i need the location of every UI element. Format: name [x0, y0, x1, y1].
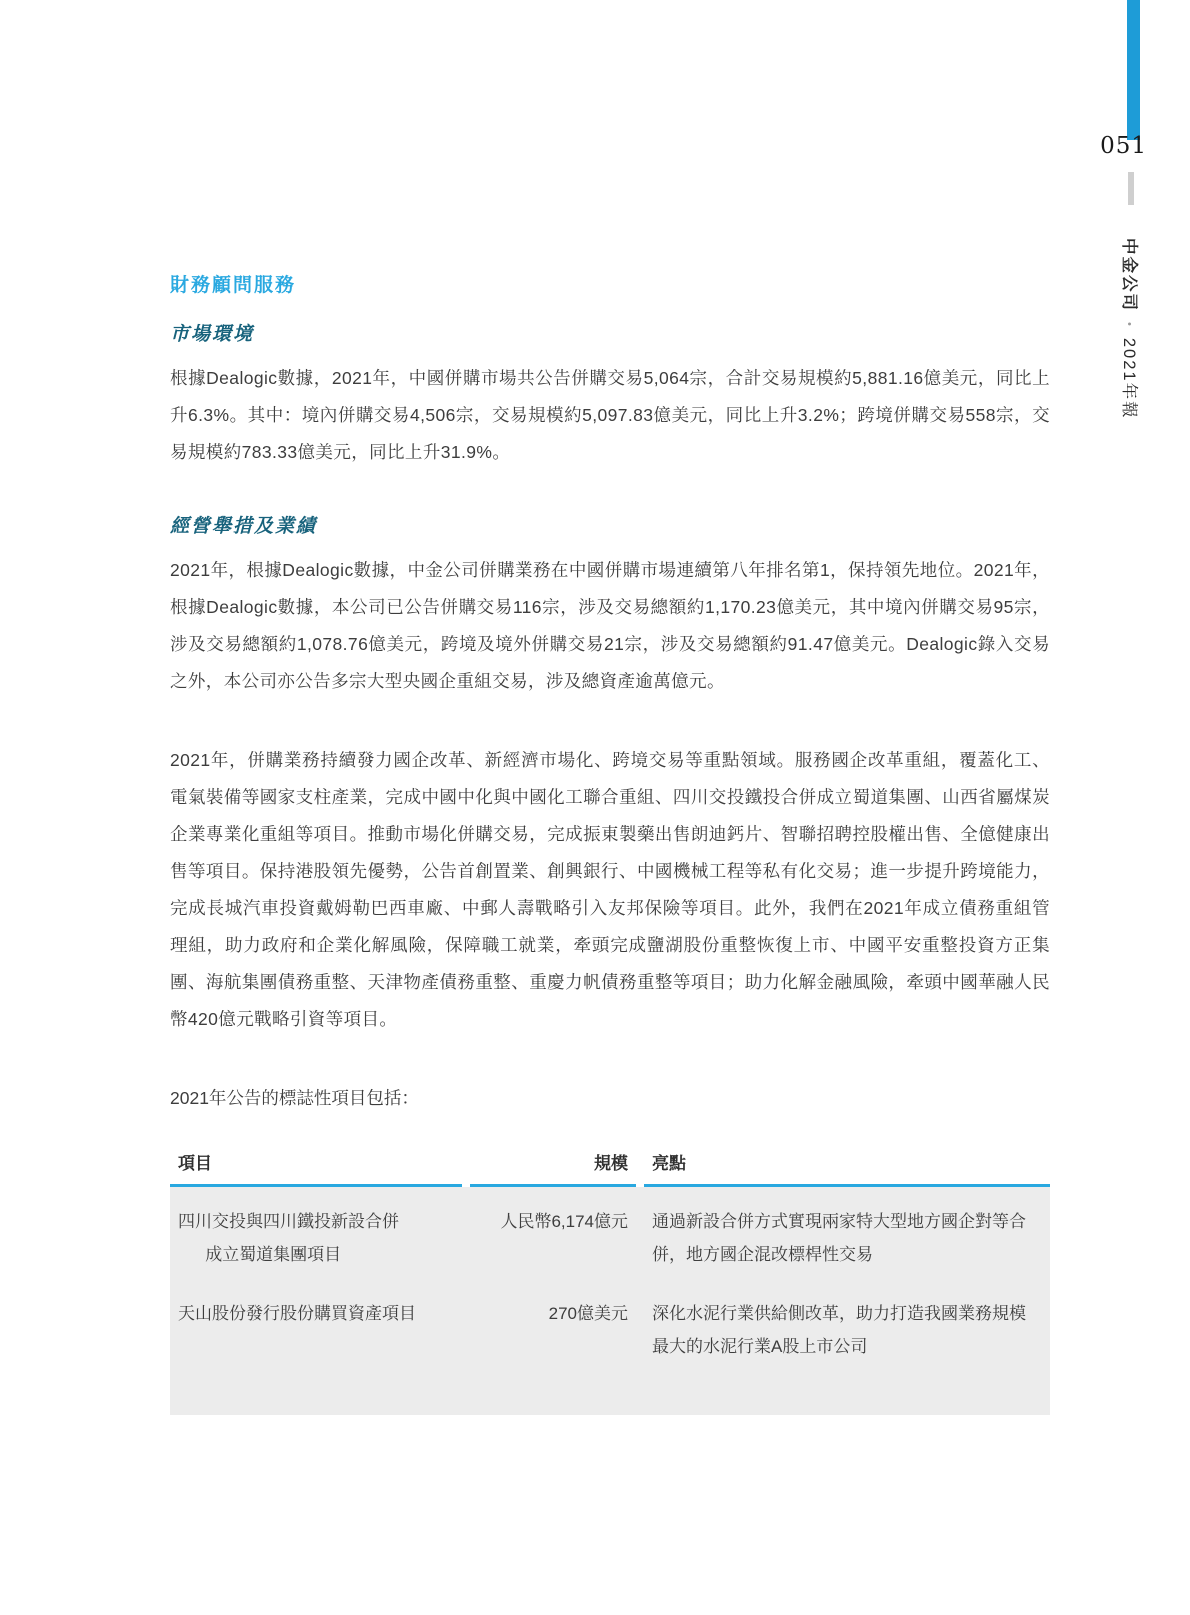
project-highlight-cell: 深化水泥行業供給側改革，助力打造我國業務規模最大的水泥行業A股上市公司 — [644, 1297, 1050, 1363]
project-name-cell: 四川交投與四川鐵投新設合併 成立蜀道集團項目 — [170, 1205, 462, 1271]
spine-bullet: • — [1123, 312, 1135, 338]
operations-paragraph-2: 2021年，併購業務持續發力國企改革、新經濟市場化、跨境交易等重點領域。服務國企… — [170, 742, 1050, 1038]
table-header-project: 項目 — [170, 1143, 462, 1187]
spine-text: 中金公司•2021年報 — [1119, 238, 1143, 420]
page-edge-accent-bar — [1127, 0, 1140, 140]
paragraph-spacer — [170, 728, 1050, 742]
main-content: 財務顧問服務 市場環境 根據Dealogic數據，2021年，中國併購市場共公告… — [170, 270, 1050, 1415]
table-row: 四川交投與四川鐵投新設合併 成立蜀道集團項目 人民幣6,174億元 通過新設合併… — [170, 1201, 1050, 1293]
project-scale-cell: 270億美元 — [470, 1297, 636, 1363]
project-scale-cell: 人民幣6,174億元 — [470, 1205, 636, 1271]
operations-paragraph-1: 2021年，根據Dealogic數據，中金公司併購業務在中國併購市場連續第八年排… — [170, 552, 1050, 700]
table-header-row: 項目 規模 亮點 — [170, 1143, 1050, 1187]
paragraph-spacer — [170, 1066, 1050, 1080]
project-name-line1: 天山股份發行股份購買資產項目 — [178, 1304, 416, 1323]
table-body: 四川交投與四川鐵投新設合併 成立蜀道集團項目 人民幣6,174億元 通過新設合併… — [170, 1187, 1050, 1415]
project-name-cell: 天山股份發行股份購買資產項目 — [170, 1297, 462, 1363]
subsection-title-operations: 經營舉措及業績 — [170, 511, 1050, 538]
project-name-line2: 成立蜀道集團項目 — [178, 1238, 454, 1271]
subsection-title-market: 市場環境 — [170, 319, 1050, 346]
section-title: 財務顧問服務 — [170, 270, 1050, 297]
spine-edition: 2021年報 — [1120, 338, 1138, 420]
table-header-highlight: 亮點 — [644, 1143, 1050, 1187]
spine-company-name: 中金公司 — [1120, 238, 1138, 312]
page-number-tick — [1128, 172, 1134, 205]
market-paragraph: 根據Dealogic數據，2021年，中國併購市場共公告併購交易5,064宗，合… — [170, 360, 1050, 471]
table-header-scale: 規模 — [470, 1143, 636, 1187]
table-row: 天山股份發行股份購買資產項目 270億美元 深化水泥行業供給側改革，助力打造我國… — [170, 1293, 1050, 1385]
project-highlight-cell: 通過新設合併方式實現兩家特大型地方國企對等合併，地方國企混改標桿性交易 — [644, 1205, 1050, 1271]
table-lead-in: 2021年公告的標誌性項目包括： — [170, 1080, 1050, 1117]
page-number: 051 — [1100, 133, 1147, 159]
landmark-projects-table: 項目 規模 亮點 四川交投與四川鐵投新設合併 成立蜀道集團項目 人民幣6,174… — [170, 1143, 1050, 1415]
annual-report-page: 051 中金公司•2021年報 財務顧問服務 市場環境 根據Dealogic數據… — [0, 0, 1190, 1615]
project-name-line1: 四川交投與四川鐵投新設合併 — [178, 1212, 399, 1231]
